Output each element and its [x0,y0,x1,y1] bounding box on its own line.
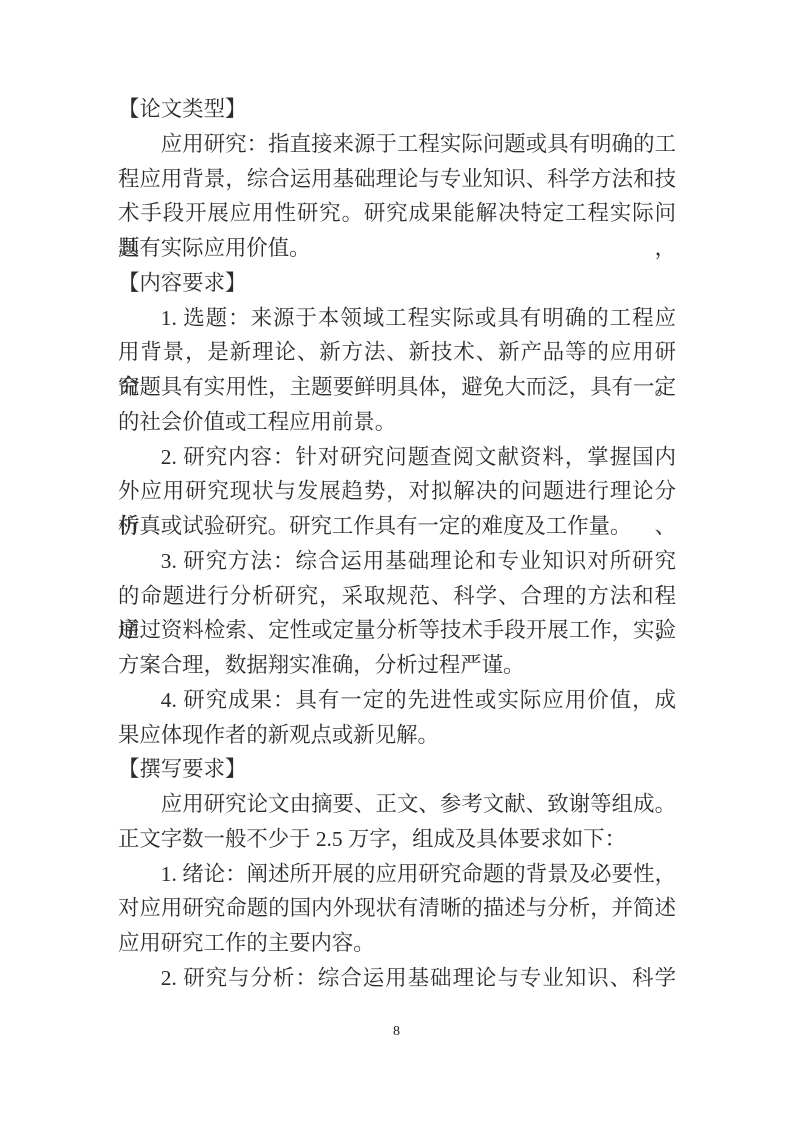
text-line-item-2-research-analysis: 2. 研究与分析：综合运用基础理论与专业知识、科学 [118,961,676,996]
text-line: 果应体现作者的新观点或新见解。 [118,718,676,753]
text-line: 应用研究：指直接来源于工程实际问题或具有明确的工 [118,127,676,162]
text-line: 程应用背景，综合运用基础理论与专业知识、科学方法和技 [118,162,676,197]
text-line-item-4-research-results: 4. 研究成果：具有一定的先进性或实际应用价值，成 [118,683,676,718]
text-line: 正文字数一般不少于 2.5 万字，组成及具体要求如下： [118,822,676,857]
text-line: 的命题进行分析研究，采取规范、科学、合理的方法和程序， [118,579,676,614]
text-line: 的社会价值或工程应用前景。 [118,405,676,440]
text-line: 外应用研究现状与发展趋势，对拟解决的问题进行理论分析、 [118,474,676,509]
text-line: 仿真或试验研究。研究工作具有一定的难度及工作量。 [118,509,676,544]
text-line: 方案合理，数据翔实准确，分析过程严谨。 [118,648,676,683]
text-line: 术手段开展应用性研究。研究成果能解决特定工程实际问题， [118,196,676,231]
document-body: 【论文类型】 应用研究：指直接来源于工程实际问题或具有明确的工 程应用背景，综合… [118,92,676,996]
section-heading-writing-requirements: 【撰写要求】 [118,752,676,787]
section-heading-paper-type: 【论文类型】 [118,92,676,127]
document-page: 【论文类型】 应用研究：指直接来源于工程实际问题或具有明确的工 程应用背景，综合… [0,0,793,1122]
section-heading-content-requirements: 【内容要求】 [118,266,676,301]
text-line-item-3-research-method: 3. 研究方法：综合运用基础理论和专业知识对所研究 [118,544,676,579]
text-line: 应用研究论文由摘要、正文、参考文献、致谢等组成。 [118,787,676,822]
page-number: 8 [0,1022,793,1042]
text-line: 命题具有实用性，主题要鲜明具体，避免大而泛，具有一定 [118,370,676,405]
text-line: 用背景，是新理论、新方法、新技术、新产品等的应用研究。 [118,335,676,370]
text-line-item-1-topic: 1. 选题：来源于本领域工程实际或具有明确的工程应 [118,301,676,336]
text-line: 通过资料检索、定性或定量分析等技术手段开展工作，实验 [118,613,676,648]
text-line: 应用研究工作的主要内容。 [118,926,676,961]
text-line-item-2-research-content: 2. 研究内容：针对研究问题查阅文献资料，掌握国内 [118,440,676,475]
text-line: 对应用研究命题的国内外现状有清晰的描述与分析，并简述 [118,891,676,926]
text-line-item-1-introduction: 1. 绪论：阐述所开展的应用研究命题的背景及必要性， [118,857,676,892]
